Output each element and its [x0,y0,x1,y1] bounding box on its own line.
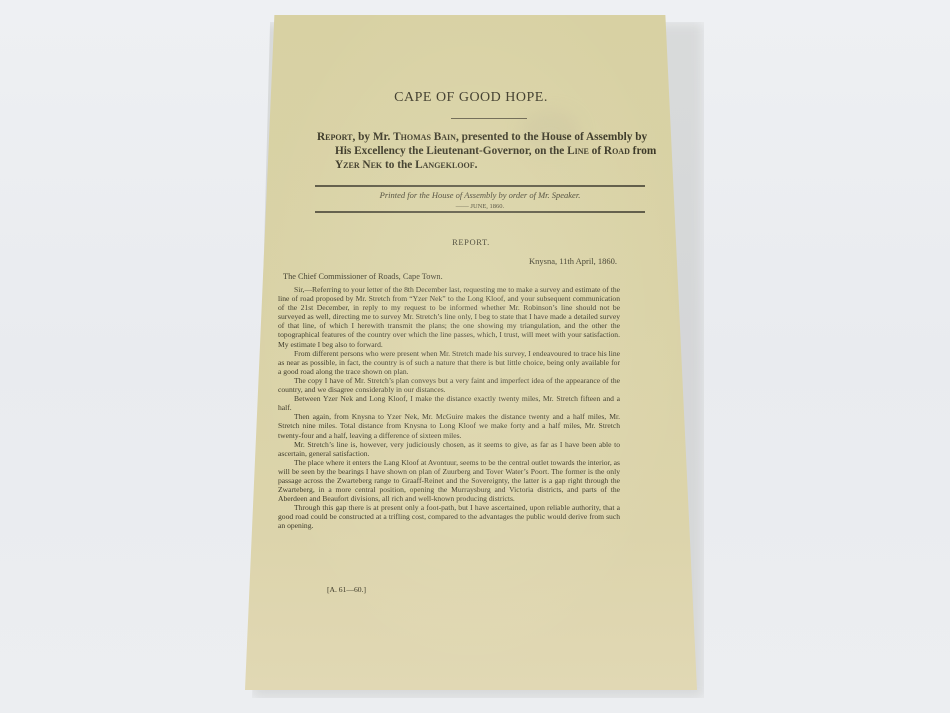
paragraph: Sir,—Referring to your letter of the 8th… [278,285,620,349]
printed-date: —— JUNE, 1860. [315,201,645,212]
addressee: The Chief Commissioner of Roads, Cape To… [283,272,443,281]
printed-notice: Printed for the House of Assembly by ord… [315,190,645,212]
paragraph: Through this gap there is at present onl… [278,503,620,530]
subtitle-segment: to the [382,159,415,171]
report-body: Sir,—Referring to your letter of the 8th… [278,285,620,531]
top-rule [315,185,645,187]
printed-order-text: Printed for the House of Assembly by ord… [380,190,581,200]
paper-stain [520,110,580,150]
subtitle-segment: , presented to the House of Assembly by … [335,131,647,157]
subtitle-segment: . [475,159,478,171]
place-date: Knysna, 11th April, 1860. [529,256,617,266]
footer-reference: [A. 61—60.] [327,585,366,594]
subtitle-segment: Thomas Bain [393,131,456,143]
paragraph: The copy I have of Mr. Stretch’s plan co… [278,376,620,394]
document-subtitle: Report, by Mr. Thomas Bain, presented to… [317,130,665,172]
document-title: CAPE OF GOOD HOPE. [245,90,697,106]
subtitle-segment: Report [317,131,352,143]
document-page: CAPE OF GOOD HOPE. Report, by Mr. Thomas… [245,15,697,690]
subtitle-segment: Line [567,145,589,157]
paragraph: The place where it enters the Lang Kloof… [278,458,620,503]
subtitle-segment: , by Mr. [352,131,393,143]
report-heading: REPORT. [245,237,697,247]
subtitle-segment: Road [604,145,630,157]
paragraph: From different persons who were present … [278,349,620,376]
paragraph: Mr. Stretch’s line is, however, very jud… [278,440,620,458]
document-content: CAPE OF GOOD HOPE. Report, by Mr. Thomas… [245,15,697,690]
paragraph: Then again, from Knysna to Yzer Nek, Mr.… [278,412,620,439]
bottom-rule [315,211,645,213]
subtitle-segment: Langekloof [415,159,475,171]
title-divider [451,118,527,119]
subtitle-segment: of [589,145,604,157]
subtitle-segment: Yzer Nek [335,159,382,171]
paragraph: Between Yzer Nek and Long Kloof, I make … [278,394,620,412]
subtitle-segment: from [630,145,656,157]
